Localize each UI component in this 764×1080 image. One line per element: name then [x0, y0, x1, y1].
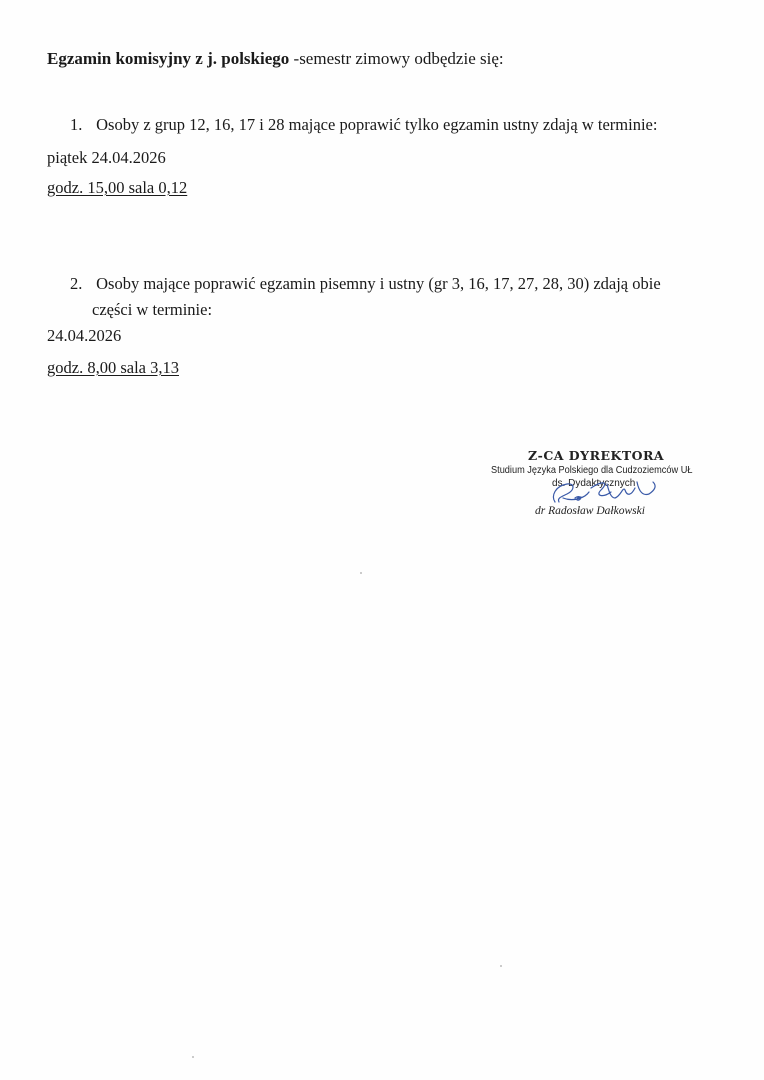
item-2-date: 24.04.2026 — [47, 326, 121, 346]
document-page: Egzamin komisyjny z j. polskiego -semest… — [0, 0, 764, 1080]
document-heading: Egzamin komisyjny z j. polskiego -semest… — [47, 49, 504, 69]
item-1-time-room: godz. 15,00 sala 0,12 — [47, 178, 187, 198]
heading-bold: Egzamin komisyjny z j. polskiego — [47, 49, 289, 68]
item-1-date: piątek 24.04.2026 — [47, 148, 166, 168]
stamp-title: Z-CA DYREKTORA — [528, 448, 664, 463]
handwritten-signature — [545, 468, 665, 516]
item-text: Osoby z grup 12, 16, 17 i 28 mające popr… — [96, 115, 657, 134]
item-2-text-continued: części w terminie: — [92, 300, 212, 320]
scan-speck — [500, 965, 502, 967]
item-2-time-room: godz. 8,00 sala 3,13 — [47, 358, 179, 378]
scan-speck — [192, 1056, 194, 1058]
item-text: Osoby mające poprawić egzamin pisemny i … — [96, 274, 661, 293]
heading-rest: -semestr zimowy odbędzie się: — [289, 49, 503, 68]
item-number: 1. — [70, 115, 92, 135]
item-number: 2. — [70, 274, 92, 294]
scan-speck — [360, 572, 362, 574]
list-item-1: 1. Osoby z grup 12, 16, 17 i 28 mające p… — [70, 115, 657, 135]
list-item-2: 2. Osoby mające poprawić egzamin pisemny… — [70, 274, 661, 294]
